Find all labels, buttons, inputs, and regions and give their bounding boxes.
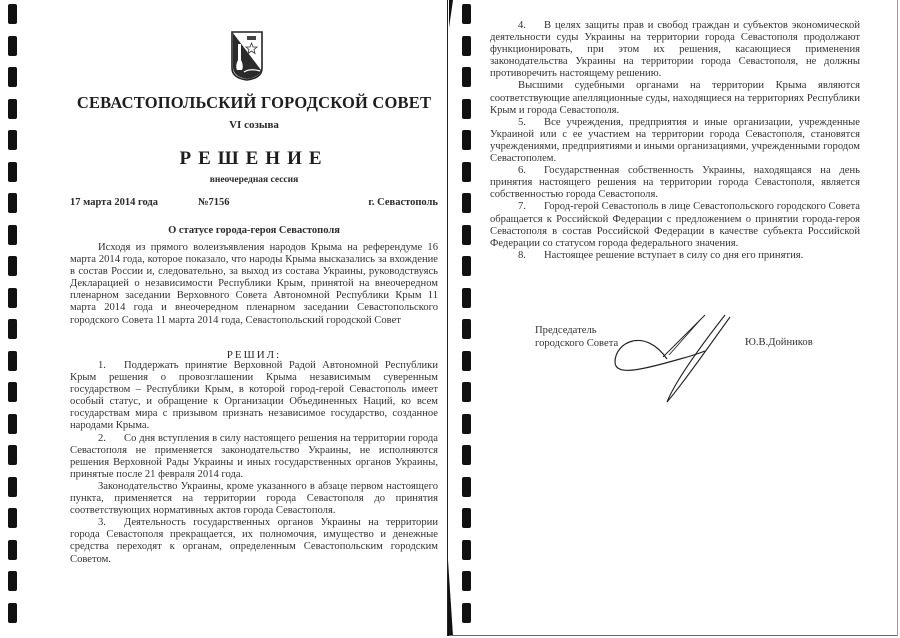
binding-hole <box>8 67 17 87</box>
document-page-1: СЕВАСТОПОЛЬСКИЙ ГОРОДСКОЙ СОВЕТ VI созыв… <box>70 0 438 638</box>
binding-hole <box>8 256 17 276</box>
item-number: 8. <box>518 250 544 262</box>
binding-hole <box>8 445 17 465</box>
decision-item: 1.Поддержать принятие Верховной Радой Ав… <box>70 360 438 433</box>
binding-hole <box>462 603 471 623</box>
binding-hole <box>8 508 17 528</box>
sevastopol-coat-of-arms-icon <box>230 30 264 82</box>
item-text: Законодательство Украины, кроме указанно… <box>70 481 438 516</box>
binding-hole <box>8 99 17 119</box>
decision-title: РЕШЕНИЕ <box>70 148 438 170</box>
binding-hole <box>462 99 471 119</box>
decision-item: 4.В целях защиты прав и свобод граждан и… <box>490 20 860 80</box>
binding-hole <box>462 4 471 24</box>
binding-hole <box>8 288 17 308</box>
item-number: 4. <box>518 20 544 32</box>
signatory-name: Ю.В.Дойников <box>745 337 813 350</box>
item-number: 6. <box>518 165 544 177</box>
item-text: Высшими судебными органами на территории… <box>490 80 860 115</box>
binding-hole <box>8 351 17 371</box>
binding-hole <box>8 162 17 182</box>
binding-hole <box>8 225 17 245</box>
preamble-text: Исходя из прямого волеизъявления народов… <box>70 242 438 327</box>
binding-hole <box>462 351 471 371</box>
binding-hole <box>462 288 471 308</box>
binding-hole <box>8 382 17 402</box>
item-text: Город-герой Севастополь в лице Севастопо… <box>490 201 860 248</box>
binding-hole <box>462 540 471 560</box>
item-number: 1. <box>98 360 124 372</box>
page-edge-shadow-top <box>449 0 453 28</box>
binding-hole <box>462 130 471 150</box>
binding-hole <box>462 36 471 56</box>
binding-hole <box>462 319 471 339</box>
decision-item: 5.Все учреждения, предприятия и иные орг… <box>490 117 860 165</box>
binding-hole <box>8 414 17 434</box>
item-number: 2. <box>98 433 124 445</box>
decision-items-left: 1.Поддержать принятие Верховной Радой Ав… <box>70 360 438 566</box>
decision-date: 17 марта 2014 года <box>70 197 158 208</box>
binding-hole <box>462 414 471 434</box>
page-edge <box>447 0 451 636</box>
item-text: Со дня вступления в силу настоящего реше… <box>70 433 438 480</box>
binding-hole <box>8 571 17 591</box>
binding-hole <box>8 4 17 24</box>
page-edge-shadow <box>448 560 453 636</box>
item-text: Все учреждения, предприятия и иные орган… <box>490 117 860 164</box>
binding-hole <box>462 225 471 245</box>
page-right-edge <box>897 0 898 636</box>
decision-items-right: 4.В целях защиты прав и свобод граждан и… <box>490 20 860 262</box>
binding-hole <box>462 67 471 87</box>
item-number: 3. <box>98 517 124 529</box>
binding-hole <box>8 193 17 213</box>
decision-number: №7156 <box>198 197 230 208</box>
binding-hole <box>462 382 471 402</box>
decision-subject: О статусе города-героя Севастополя <box>70 225 438 236</box>
convocation: VI созыва <box>70 119 438 131</box>
session-type: внеочередная сессия <box>70 175 438 185</box>
binding-hole <box>8 477 17 497</box>
binding-hole <box>8 319 17 339</box>
binding-hole <box>462 162 471 182</box>
binding-hole <box>462 477 471 497</box>
item-text: Государственная собственность Украины, н… <box>490 165 860 200</box>
council-title: СЕВАСТОПОЛЬСКИЙ ГОРОДСКОЙ СОВЕТ <box>70 93 438 113</box>
binding-hole <box>8 36 17 56</box>
document-page-2: 4.В целях защиты прав и свобод граждан и… <box>490 0 860 638</box>
binding-hole <box>462 508 471 528</box>
decision-item: 3.Деятельность государственных органов У… <box>70 517 438 565</box>
item-number: 7. <box>518 201 544 213</box>
binding-holes-left <box>8 0 17 638</box>
binding-holes-right <box>462 0 471 638</box>
binding-hole <box>8 603 17 623</box>
decision-item: 2.Со дня вступления в силу настоящего ре… <box>70 433 438 481</box>
preamble: Исходя из прямого волеизъявления народов… <box>70 242 438 327</box>
binding-hole <box>462 193 471 213</box>
decision-item: 7.Город-герой Севастополь в лице Севасто… <box>490 201 860 249</box>
decision-item: 8.Настоящее решение вступает в силу со д… <box>490 250 860 262</box>
item-text: Деятельность государственных органов Укр… <box>70 517 438 564</box>
binding-hole <box>462 445 471 465</box>
item-text: Настоящее решение вступает в силу со дня… <box>544 250 803 261</box>
decision-city: г. Севастополь <box>368 197 438 208</box>
item-number: 5. <box>518 117 544 129</box>
binding-hole <box>8 130 17 150</box>
binding-hole <box>462 256 471 276</box>
decision-item: 6.Государственная собственность Украины,… <box>490 165 860 201</box>
binding-hole <box>8 540 17 560</box>
item-text: В целях защиты прав и свобод граждан и с… <box>490 20 860 79</box>
decision-item: Законодательство Украины, кроме указанно… <box>70 481 438 517</box>
handwritten-signature-icon <box>605 307 745 407</box>
binding-hole <box>462 571 471 591</box>
decision-item: Высшими судебными органами на территории… <box>490 80 860 116</box>
item-text: Поддержать принятие Верховной Радой Авто… <box>70 360 438 431</box>
